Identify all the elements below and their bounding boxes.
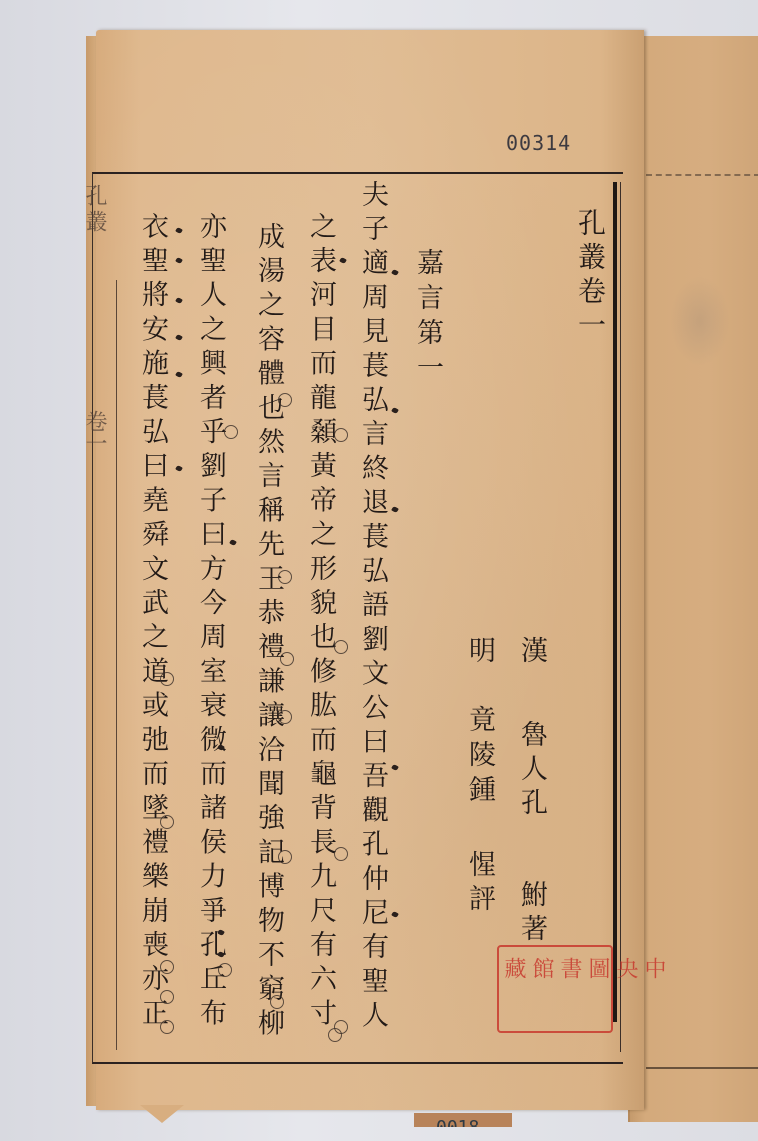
adjacent-page-frame-top — [646, 174, 758, 180]
annotation-circle — [278, 393, 292, 407]
seal-char: 館藏 — [499, 947, 555, 989]
fold-margin-title: 孔叢 — [86, 184, 110, 236]
annotation-circle — [218, 963, 232, 977]
bottom-tab-number: 0018 — [436, 1117, 479, 1127]
text-column-1: 夫子適周見萇弘言終退萇弘語劉文公曰吾觀孔仲尼有聖人 — [350, 180, 394, 1035]
annotation-circle — [160, 672, 174, 686]
author-dynasty: 漢 — [512, 636, 551, 663]
commentator-name: 竟陵鍾 — [460, 705, 499, 810]
commentator-role: 惺評 — [460, 850, 499, 918]
author-name: 魯人孔 — [512, 720, 551, 822]
annotation-circle — [160, 990, 174, 1004]
catalog-number: 00314 — [506, 131, 571, 155]
frame-inner-rule — [116, 280, 117, 1050]
bottom-label-tab: 0018 — [414, 1113, 512, 1127]
annotation-circle — [224, 425, 238, 439]
annotation-circle — [334, 428, 348, 442]
annotation-circle — [334, 847, 348, 861]
text-column-2: 之表河目而龍顙黃帝之形貌也修肱而龜背長九尺有六寸 — [298, 212, 342, 1033]
seal-char: 圖書 — [555, 947, 611, 989]
red-seal-stamp: 館藏 圖書 中央 — [497, 945, 613, 1033]
adjacent-page-frame-bottom — [646, 1067, 758, 1070]
annotation-circle — [328, 1028, 342, 1042]
text-column-3: 成湯之容體也然言稱先王恭禮謙讓洽聞強記博物不窮柳 — [246, 222, 290, 1043]
fold-margin-volume: 卷一 — [86, 410, 110, 454]
annotation-circle — [270, 995, 284, 1009]
text-column-5: 衣聖將安施萇弘曰堯舜文武之道或弛而墜禮樂崩喪亦正 — [130, 212, 174, 1033]
section-heading: 嘉言第一 — [405, 248, 449, 388]
annotation-circle — [278, 850, 292, 864]
commentator-dynasty: 明 — [460, 636, 499, 663]
frame-right-rule-thin — [620, 182, 621, 1052]
frame-right-rule-thick — [613, 182, 617, 1022]
author-role: 鮒著 — [512, 880, 551, 948]
seal-char: 中央 — [611, 947, 667, 989]
volume-title: 孔叢卷一 — [568, 208, 612, 344]
annotation-circle — [278, 570, 292, 584]
annotation-circle — [280, 652, 294, 666]
annotation-circle — [160, 815, 174, 829]
annotation-circle — [334, 640, 348, 654]
torn-page-corner — [140, 1105, 184, 1123]
annotation-circle — [160, 960, 174, 974]
ink-bleed-through — [670, 276, 730, 366]
text-column-4: 亦聖人之興者乎劉子曰方今周室衰微而諸侯力爭孔丘布 — [188, 212, 232, 1033]
annotation-circle — [160, 1020, 174, 1034]
annotation-circle — [278, 710, 292, 724]
